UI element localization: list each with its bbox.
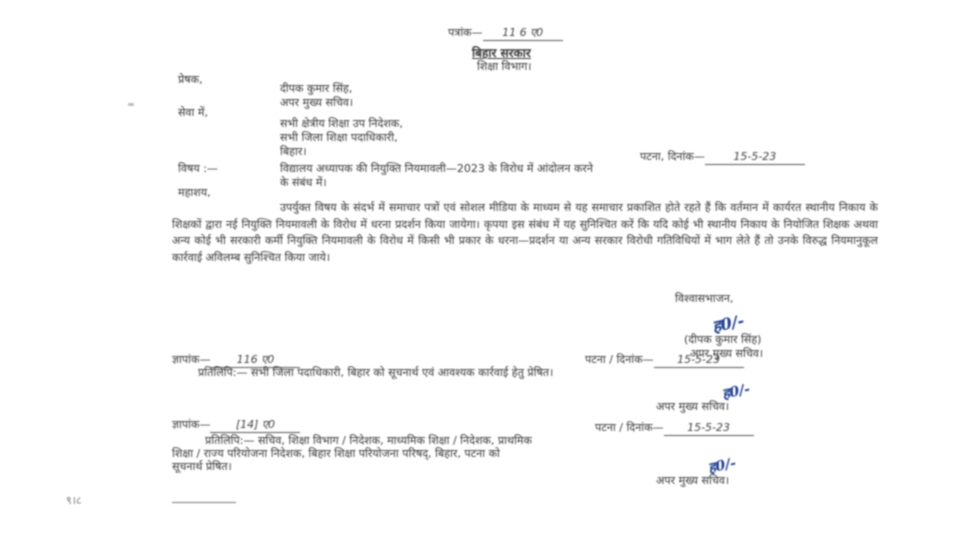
footer-rule bbox=[172, 502, 236, 503]
copy1-date: पटना / दिनांक—15-5-23 bbox=[585, 353, 744, 368]
copy2-memo: ज्ञापांक—[14] ए0 bbox=[172, 418, 300, 433]
valediction: विश्वासभाजन, bbox=[675, 292, 733, 306]
copy2-memo-label: ज्ञापांक— bbox=[172, 418, 210, 431]
copy2-date-label: पटना / दिनांक— bbox=[595, 421, 664, 434]
copy2-line-3: सूचनार्थ प्रेषित। bbox=[172, 460, 232, 474]
copy1-designation: अपर मुख्य सचिव। bbox=[656, 400, 729, 414]
copy2-line-2: शिक्षा / राज्य परियोजना निदेशक, बिहार शि… bbox=[172, 447, 877, 461]
scan-mark bbox=[128, 103, 134, 106]
subject-line-2: के संबंध में। bbox=[280, 176, 327, 190]
sender-name: दीपक कुमार सिंह, bbox=[280, 82, 352, 96]
copy1-date-value: 15-5-23 bbox=[654, 353, 744, 368]
patrank-label: पत्रांक— bbox=[448, 26, 483, 39]
copy1-text: प्रतिलिपि:— सभी जिला पदाधिकारी, बिहार को… bbox=[198, 366, 553, 380]
recipient-line-1: सभी क्षेत्रीय शिक्षा उप निदेशक, bbox=[280, 117, 403, 131]
recipient-label: सेवा में, bbox=[178, 106, 208, 120]
subject-label: विषय :— bbox=[178, 162, 218, 176]
recipient-line-3: बिहार। bbox=[280, 145, 307, 159]
copy2-memo-value: [14] ए0 bbox=[210, 418, 300, 433]
department-title: शिक्षा विभाग। bbox=[477, 60, 531, 74]
government-title: बिहार सरकार bbox=[472, 44, 531, 61]
copy1-date-label: पटना / दिनांक— bbox=[585, 353, 654, 366]
patrank: पत्रांक—11 6 ए0 bbox=[448, 26, 563, 41]
closing-name: (दीपक कुमार सिंह) bbox=[684, 333, 761, 347]
subject-line-1: विद्यालय अध्यापक की नियुक्ति नियमावली—20… bbox=[280, 162, 878, 176]
recipient-line-2: सभी जिला शिक्षा पदाधिकारी, bbox=[280, 131, 398, 145]
sender-label: प्रेषक, bbox=[178, 73, 203, 87]
sender-designation: अपर मुख्य सचिव। bbox=[280, 96, 353, 110]
copy2-line-1: प्रतिलिपि:— सचिव, शिक्षा विभाग / निदेशक,… bbox=[205, 434, 877, 448]
salutation: महाशय, bbox=[178, 186, 211, 200]
footer-mark: ९।८ bbox=[66, 494, 82, 508]
body-paragraph: उपर्युक्त विषय के संदर्भ में समाचार पत्र… bbox=[172, 200, 878, 266]
patrank-value: 11 6 ए0 bbox=[483, 26, 563, 41]
copy2-designation: अपर मुख्य सचिव। bbox=[656, 474, 729, 488]
copy1-memo-label: ज्ञापांक— bbox=[172, 353, 210, 366]
